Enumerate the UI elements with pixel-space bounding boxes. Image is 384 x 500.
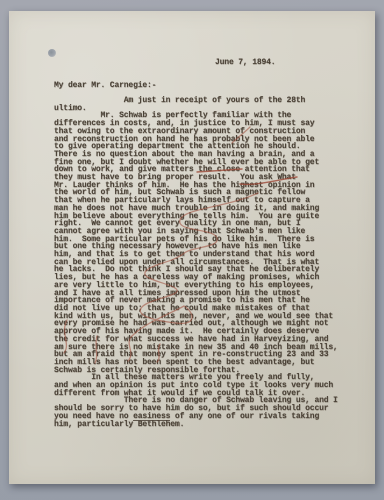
letter-body: Am just in receipt of yours of the 28th … bbox=[54, 97, 338, 428]
punch-hole-icon bbox=[48, 49, 56, 57]
letter-salutation: My dear Mr. Carnegie:- bbox=[54, 81, 156, 90]
scanned-letter-scene: June 7, 1894. My dear Mr. Carnegie:- Am … bbox=[0, 0, 384, 500]
letter-date: June 7, 1894. bbox=[215, 58, 275, 67]
